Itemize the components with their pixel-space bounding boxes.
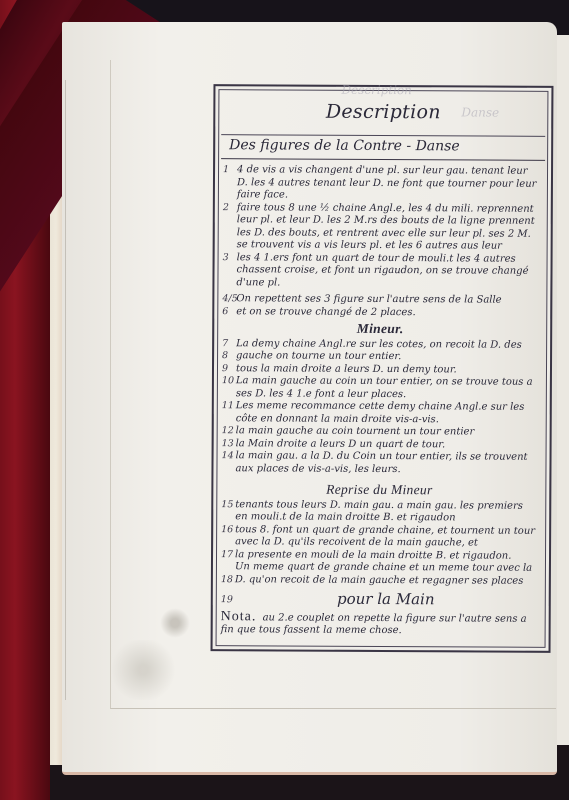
entry-text: et on se trouve changé de 2 places. [236, 306, 538, 320]
figure-list: 1 4 de vis a vis changent d'une pl. sur … [219, 159, 545, 638]
list-item: 3 les 4 1.ers font un quart de tour de m… [222, 252, 538, 291]
list-item: 18 D. qu'on recoit de la main gauche et … [221, 574, 537, 588]
entry-number: 19 [221, 594, 235, 607]
entry-number: 15 [221, 499, 235, 524]
paper-stain-small [160, 608, 190, 638]
entry-text: les 4 1.ers font un quart de tour de mou… [236, 252, 538, 291]
entry-number: 16 [221, 524, 235, 549]
closing-row: 19 pour la Main [221, 594, 537, 608]
list-item: 15 tenants tous leurs D. main gau. a mai… [221, 499, 537, 526]
document-subtitle: Des figures de la Contre - Danse [221, 134, 545, 155]
entry-number: 1 [223, 164, 237, 202]
entry-text: 4 de vis a vis changent d'une pl. sur le… [237, 164, 539, 203]
entry-number: 7 [222, 338, 236, 351]
entry-number: 3 [222, 252, 236, 290]
entry-number: 10 [222, 375, 236, 400]
list-item: 2 faire tous 8 une ½ chaine Angl.e, les … [223, 202, 539, 254]
bleed-through-title: Description [341, 83, 412, 97]
list-item: 11 Les meme recommance cette demy chaine… [222, 400, 538, 427]
header-band: Description Des figures de la Contre - D… [221, 100, 545, 161]
entry-text: tenants tous leurs D. main gau. a main g… [235, 499, 537, 526]
manuscript-frame: Description Danse Description Des figure… [211, 84, 554, 653]
entry-number [221, 561, 235, 574]
section-heading-mineur: Mineur. [222, 322, 538, 336]
entry-text: faire tous 8 une ½ chaine Angl.e, les 4 … [237, 202, 539, 254]
list-item: 16 tous 8. font un quart de grande chain… [221, 524, 537, 551]
page-crease [65, 80, 66, 700]
entry-number: 18 [221, 574, 235, 587]
list-item: 6 et on se trouve changé de 2 places. [222, 306, 538, 320]
entry-text: D. qu'on recoit de la main gauche et reg… [235, 574, 537, 588]
entry-text: tous 8. font un quart de grande chaine, … [235, 524, 537, 551]
list-item: 10 La main gauche au coin un tour entier… [222, 375, 538, 402]
nota-text: au 2.e couplet on repette la figure sur … [221, 612, 527, 636]
entry-text: la main gau. a la D. du Coin un tour ent… [235, 450, 537, 477]
entry-number: 12 [222, 425, 236, 438]
photo-scene: Description Danse Description Des figure… [0, 0, 569, 800]
entry-text: La main gauche au coin un tour entier, o… [236, 375, 538, 402]
entry-number: 17 [221, 549, 235, 562]
entry-number: 6 [222, 306, 236, 319]
list-item: 14 la main gau. a la D. du Coin un tour … [221, 450, 537, 477]
nota-label: Nota. [221, 609, 257, 624]
list-item: 1 4 de vis a vis changent d'une pl. sur … [223, 164, 539, 203]
document-title: Description [221, 100, 545, 124]
entry-number: 2 [223, 202, 237, 252]
entry-number: 9 [222, 363, 236, 376]
nota-row: Nota. au 2.e couplet on repette la figur… [221, 611, 537, 639]
section-heading-reprise: Reprise du Mineur [221, 483, 537, 497]
entry-number: 11 [222, 400, 236, 425]
entry-number: 13 [222, 438, 236, 451]
entry-number: 14 [221, 450, 235, 475]
entry-number: 8 [222, 350, 236, 363]
closing-heading: pour la Main [235, 592, 537, 608]
entry-text: Les meme recommance cette demy chaine An… [236, 400, 538, 427]
paper-stain [108, 640, 178, 700]
entry-number: 4/5 [222, 293, 236, 306]
